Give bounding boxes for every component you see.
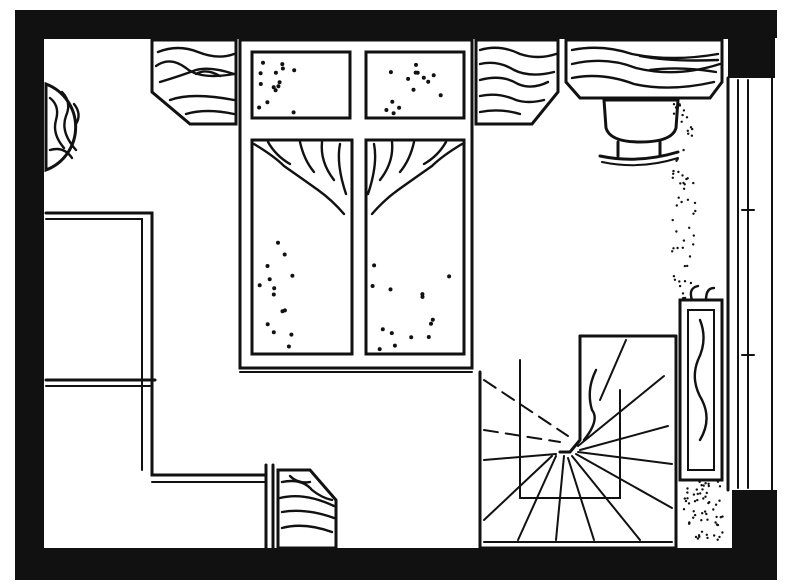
radiator [680,286,722,480]
spiral-staircase [480,336,676,548]
nightstand-left [152,40,236,124]
chair [600,100,678,165]
round-table [46,84,79,170]
desk [566,40,722,98]
closet [46,213,265,482]
bed [240,40,472,372]
bed-stipple [257,61,451,351]
window [728,78,772,490]
floor-plan-drawing [0,0,787,587]
small-cabinet [266,465,336,548]
outer-walls [15,10,777,580]
nightstand-right [476,40,558,124]
